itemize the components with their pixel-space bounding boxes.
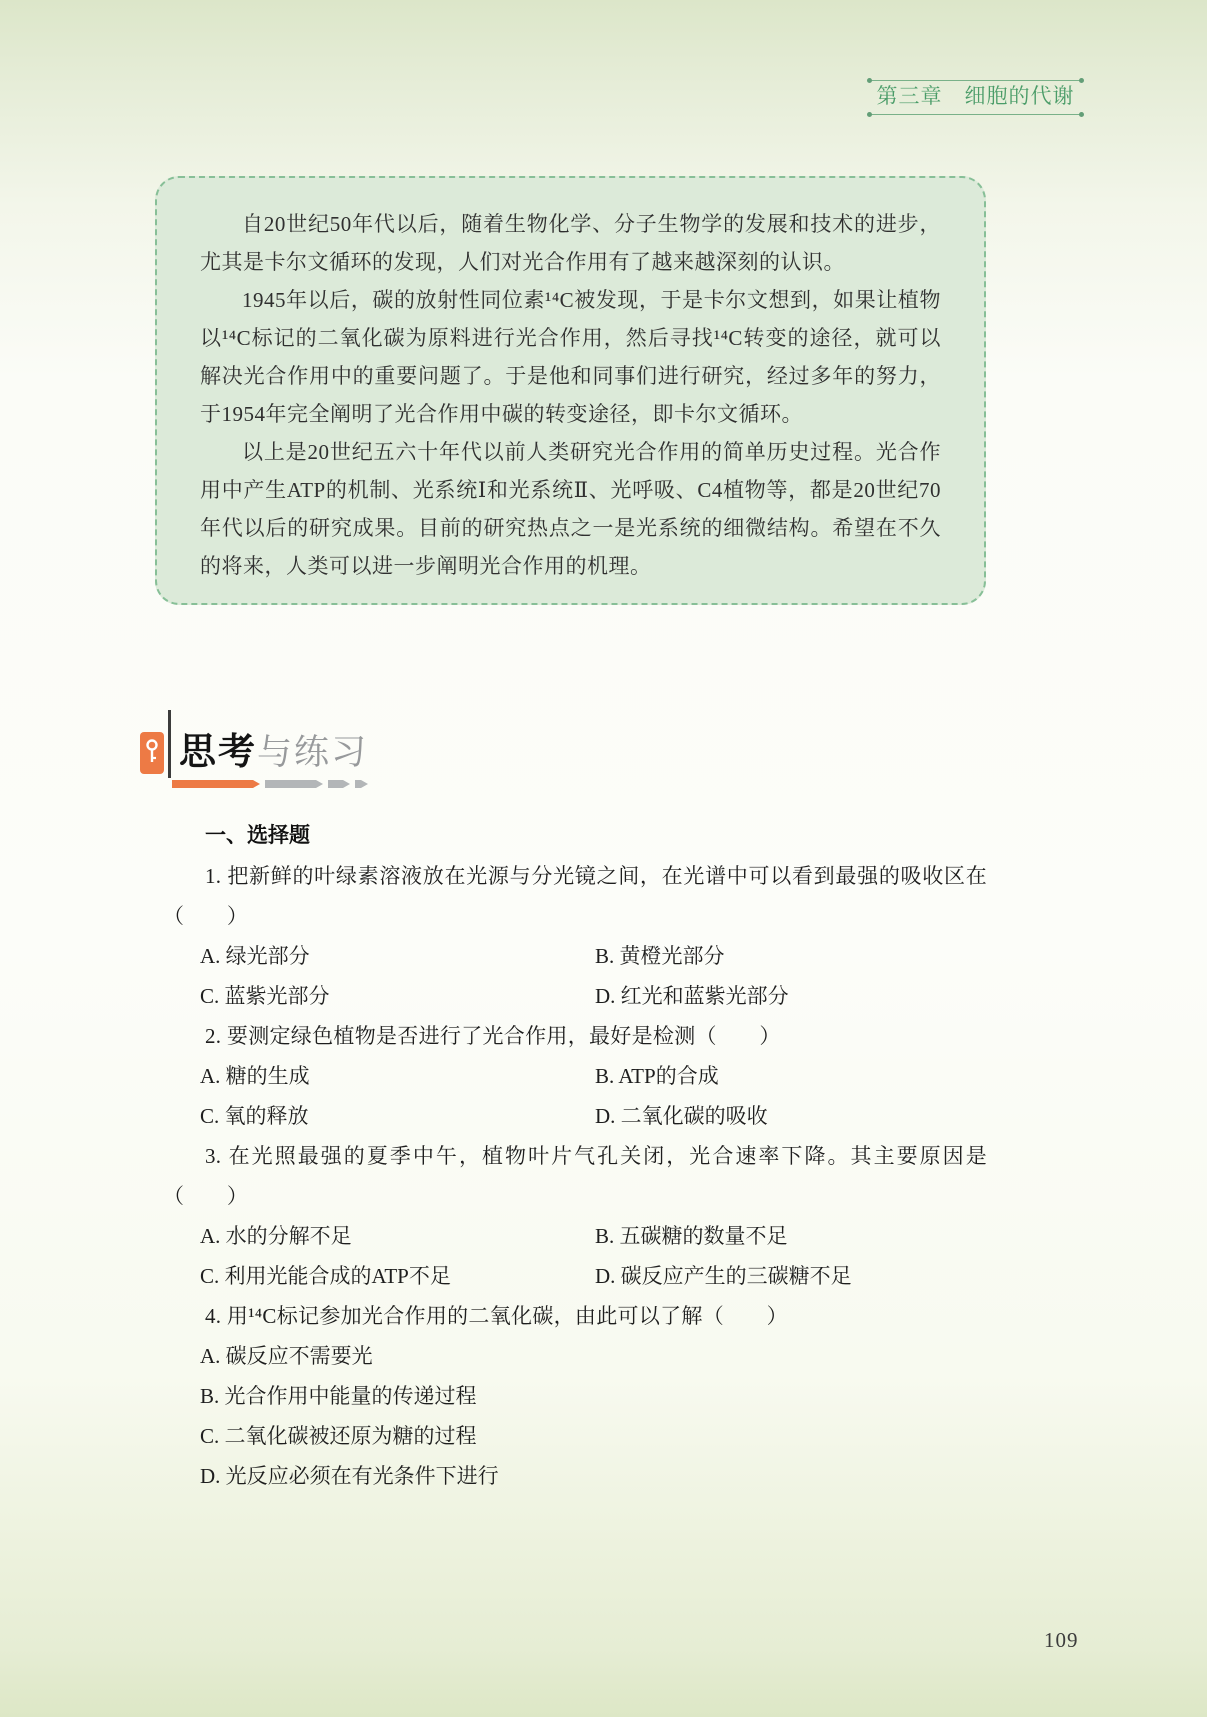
textbook-page: { "page": { "chapter_header": "第三章 细胞的代谢… [0, 0, 1207, 1717]
option-d: D. 二氧化碳的吸收 [595, 1096, 987, 1136]
option-b: B. 五碳糖的数量不足 [595, 1216, 987, 1256]
intro-box: 自20世纪50年代以后，随着生物化学、分子生物学的发展和技术的进步，尤其是卡尔文… [155, 176, 986, 605]
section-title: 思考与练习 [179, 733, 368, 778]
question-options: A. 糖的生成 B. ATP的合成 C. 氧的释放 D. 二氧化碳的吸收 [163, 1056, 987, 1136]
section-title-bold: 思考 [179, 731, 257, 772]
question-2: 2. 要测定绿色植物是否进行了光合作用，最好是检测（ ） A. 糖的生成 B. … [163, 1016, 987, 1136]
option-b: B. ATP的合成 [595, 1056, 987, 1096]
option-c: C. 氧的释放 [200, 1096, 595, 1136]
option-b: B. 光合作用中能量的传递过程 [200, 1376, 987, 1416]
arrow-segment-gray [355, 780, 368, 788]
option-c: C. 二氧化碳被还原为糖的过程 [200, 1416, 987, 1456]
question-4: 4. 用¹⁴C标记参加光合作用的二氧化碳，由此可以了解（ ） A. 碳反应不需要… [163, 1296, 987, 1496]
option-c: C. 利用光能合成的ATP不足 [200, 1256, 595, 1296]
question-stem: 1. 把新鲜的叶绿素溶液放在光源与分光镜之间，在光谱中可以看到最强的吸收区在（ … [163, 856, 987, 936]
question-3: 3. 在光照最强的夏季中午，植物叶片气孔关闭，光合速率下降。其主要原因是（ ） … [163, 1136, 987, 1296]
question-stem: 4. 用¹⁴C标记参加光合作用的二氧化碳，由此可以了解（ ） [163, 1296, 987, 1336]
question-options: A. 水的分解不足 B. 五碳糖的数量不足 C. 利用光能合成的ATP不足 D.… [163, 1216, 987, 1296]
question-options: A. 碳反应不需要光 B. 光合作用中能量的传递过程 C. 二氧化碳被还原为糖的… [163, 1336, 987, 1496]
arrow-segment-gray [265, 780, 323, 788]
intro-paragraph: 自20世纪50年代以后，随着生物化学、分子生物学的发展和技术的进步，尤其是卡尔文… [200, 205, 941, 281]
intro-paragraph: 以上是20世纪五六十年代以前人类研究光合作用的简单历史过程。光合作用中产生ATP… [200, 433, 941, 585]
option-c: C. 蓝紫光部分 [200, 976, 595, 1016]
page-number: 109 [1044, 1628, 1079, 1653]
option-b: B. 黄橙光部分 [595, 936, 987, 976]
intro-paragraph: 1945年以后，碳的放射性同位素¹⁴C被发现，于是卡尔文想到，如果让植物以¹⁴C… [200, 281, 941, 433]
arrow-segment-gray [328, 780, 350, 788]
key-icon-glyph [145, 738, 159, 768]
header-rule-bottom [868, 114, 1083, 115]
question-stem: 3. 在光照最强的夏季中午，植物叶片气孔关闭，光合速率下降。其主要原因是（ ） [163, 1136, 987, 1216]
question-stem: 2. 要测定绿色植物是否进行了光合作用，最好是检测（ ） [163, 1016, 987, 1056]
chapter-title: 第三章 细胞的代谢 [868, 81, 1083, 114]
option-a: A. 碳反应不需要光 [200, 1336, 987, 1376]
option-d: D. 红光和蓝紫光部分 [595, 976, 987, 1016]
exercise-section: 一、选择题 1. 把新鲜的叶绿素溶液放在光源与分光镜之间，在光谱中可以看到最强的… [163, 816, 987, 1496]
chapter-header: 第三章 细胞的代谢 [868, 80, 1083, 115]
key-icon [140, 732, 164, 774]
option-d: D. 碳反应产生的三碳糖不足 [595, 1256, 987, 1296]
header-rule-top [868, 80, 1083, 81]
arrow-segment-orange [172, 780, 260, 788]
section-title-light: 与练习 [257, 733, 368, 772]
option-d: D. 光反应必须在有光条件下进行 [200, 1456, 987, 1496]
section-header: 思考与练习 [140, 710, 368, 788]
option-a: A. 糖的生成 [200, 1056, 595, 1096]
question-1: 1. 把新鲜的叶绿素溶液放在光源与分光镜之间，在光谱中可以看到最强的吸收区在（ … [163, 856, 987, 1016]
question-options: A. 绿光部分 B. 黄橙光部分 C. 蓝紫光部分 D. 红光和蓝紫光部分 [163, 936, 987, 1016]
subsection-title: 一、选择题 [163, 816, 987, 856]
option-a: A. 绿光部分 [200, 936, 595, 976]
section-divider-line [168, 710, 171, 778]
option-a: A. 水的分解不足 [200, 1216, 595, 1256]
title-underline-arrows [172, 780, 368, 788]
